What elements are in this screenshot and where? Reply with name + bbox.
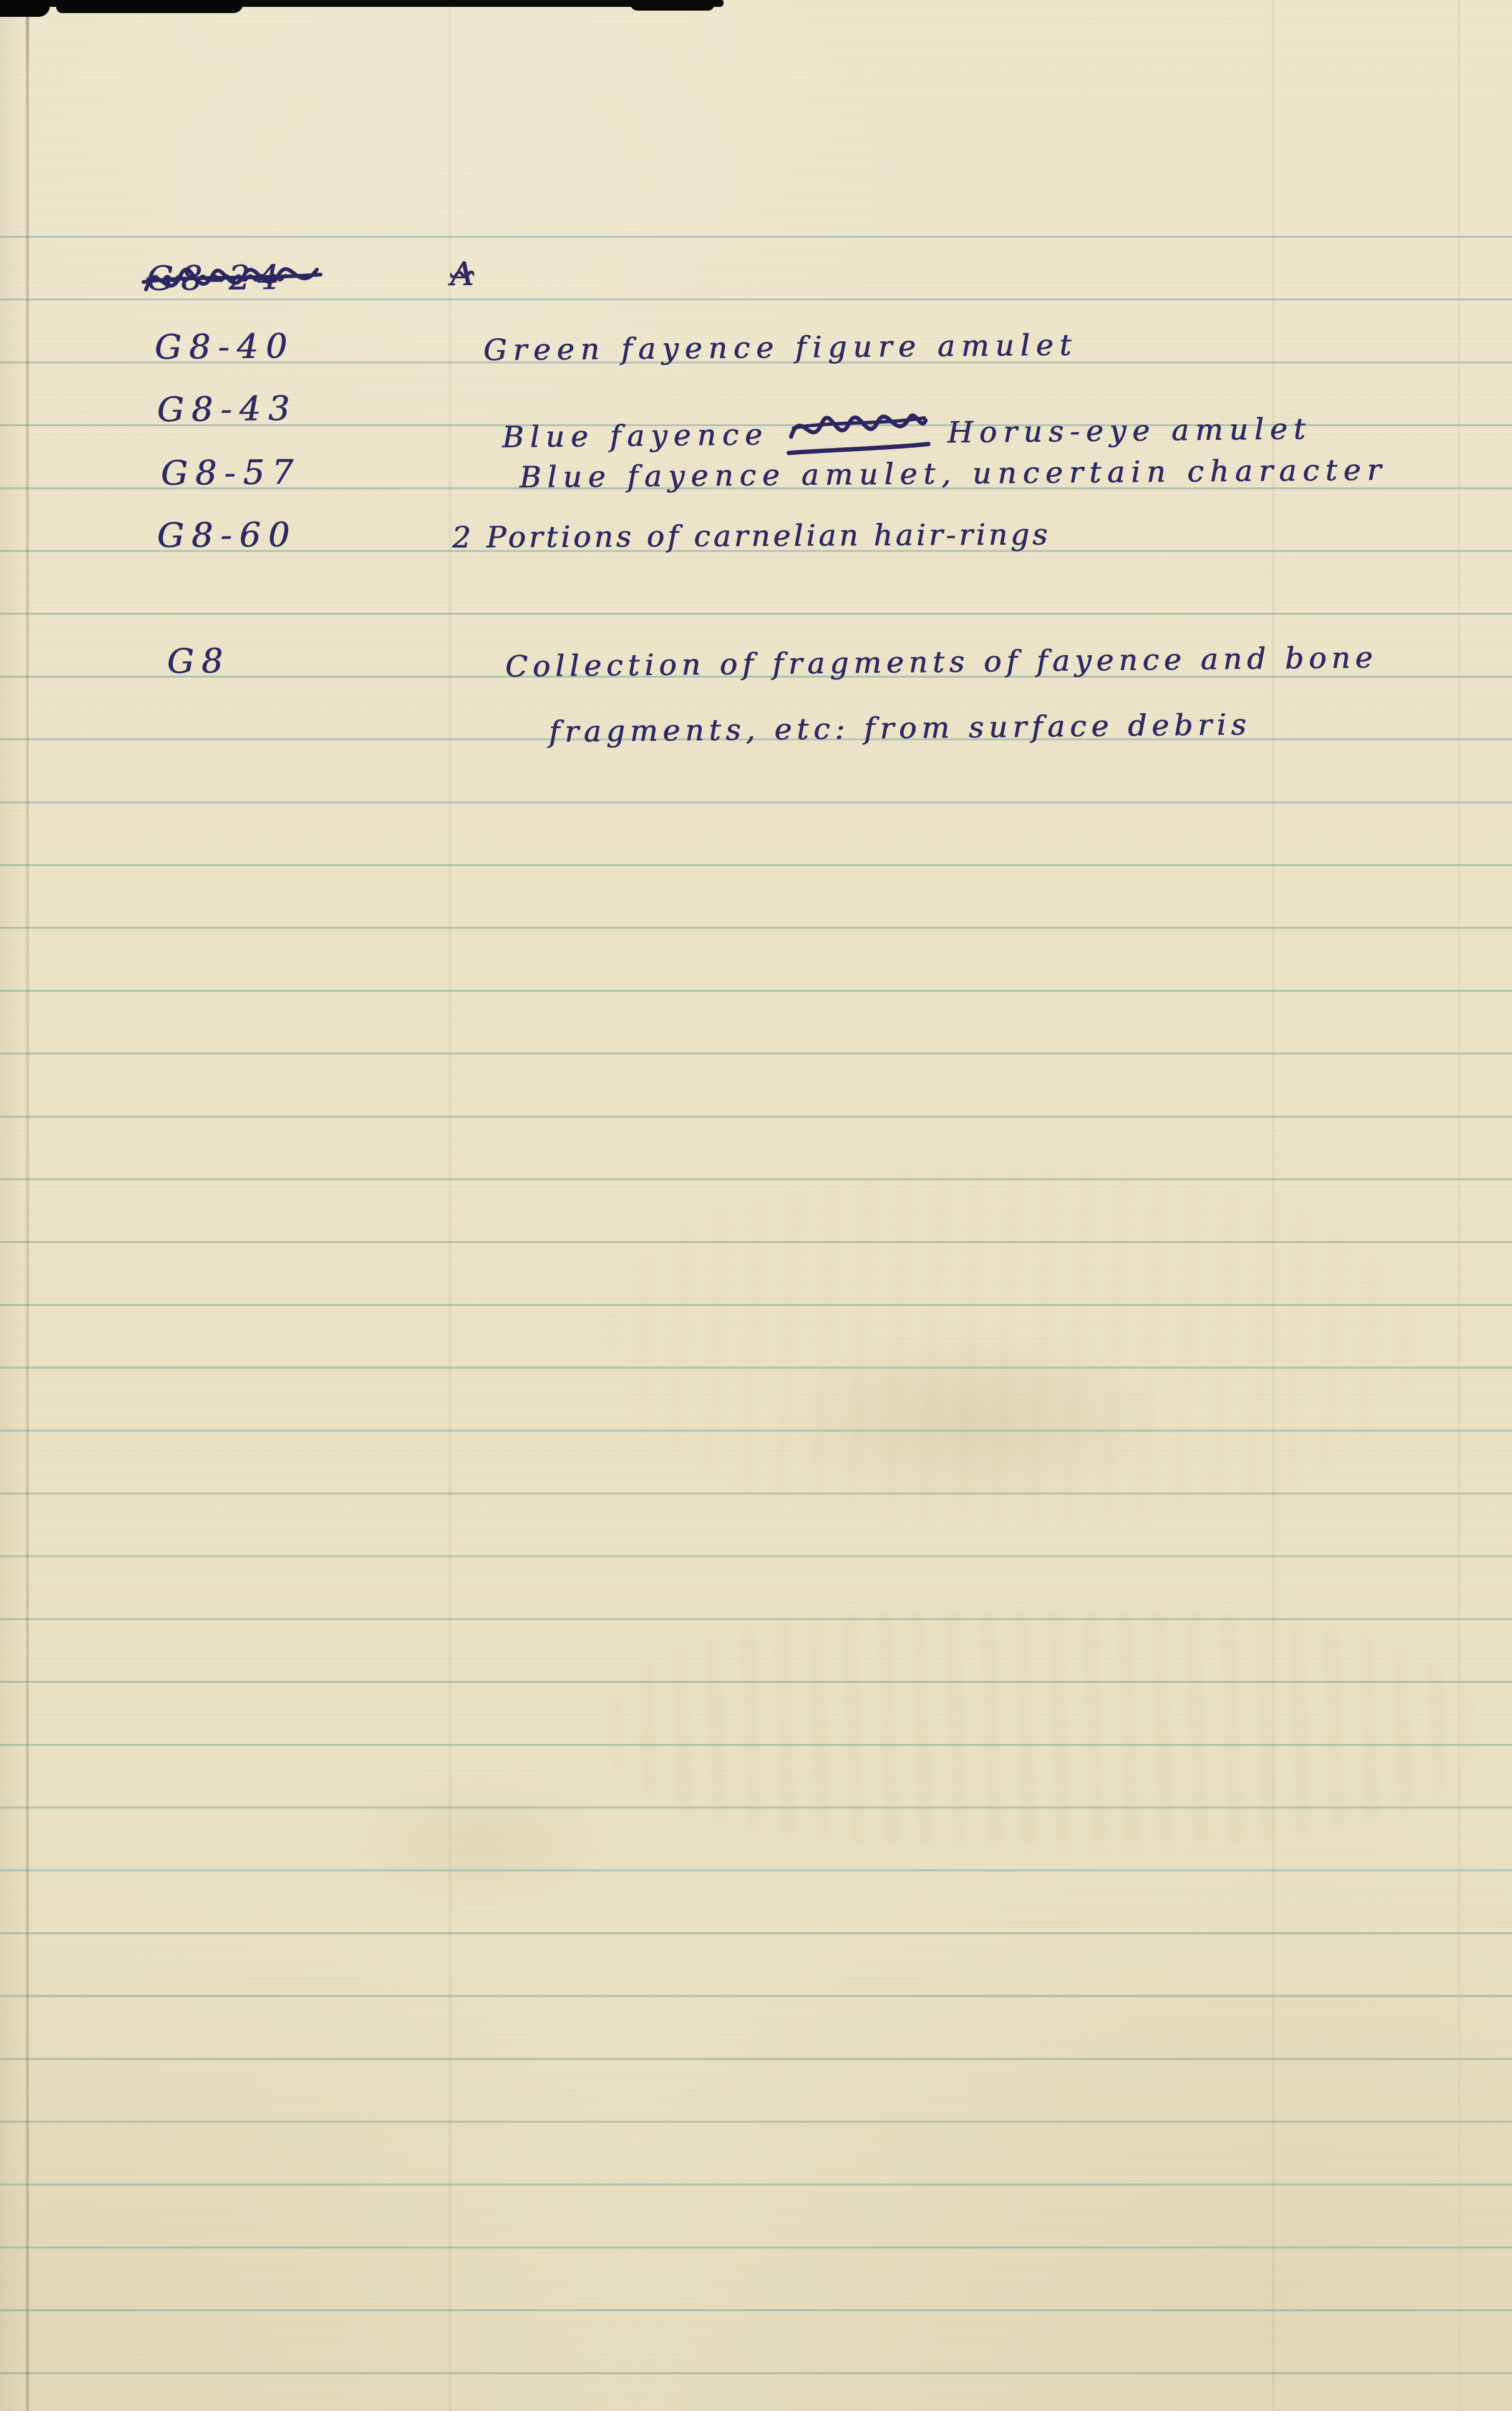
struck-letter: A	[450, 256, 474, 293]
find-number: G8	[167, 641, 231, 681]
binding-crease	[26, 0, 29, 2411]
scan-edge	[0, 0, 50, 17]
find-number: G8-43	[157, 389, 298, 429]
object-description: Green fayence figure amulet	[483, 328, 1078, 368]
find-number: G8-40	[155, 326, 295, 367]
object-description: Blue fayence Horus-eye amulet	[502, 389, 1312, 455]
object-description: 2 Portions of carnelian hair-rings	[452, 517, 1051, 555]
show-through-column-line	[1458, 0, 1460, 2411]
scribbled-out-word	[784, 399, 931, 458]
object-description-part: Horus-eye amulet	[947, 412, 1312, 450]
show-through-column-line	[1272, 0, 1274, 2411]
show-through-column-line	[449, 0, 451, 2411]
find-number: G8-57	[161, 452, 301, 493]
overwrite-scribble	[138, 251, 326, 313]
object-description-part: Blue fayence	[502, 417, 768, 454]
find-number: G8-60	[157, 515, 298, 555]
scan-edge	[630, 0, 714, 11]
page-edge-shade	[0, 0, 26, 2411]
notebook-page: G8-24 A G8-40 Green fayence figure amule…	[0, 0, 1512, 2411]
ruled-lines	[0, 236, 1512, 2379]
scan-edge	[56, 0, 243, 13]
